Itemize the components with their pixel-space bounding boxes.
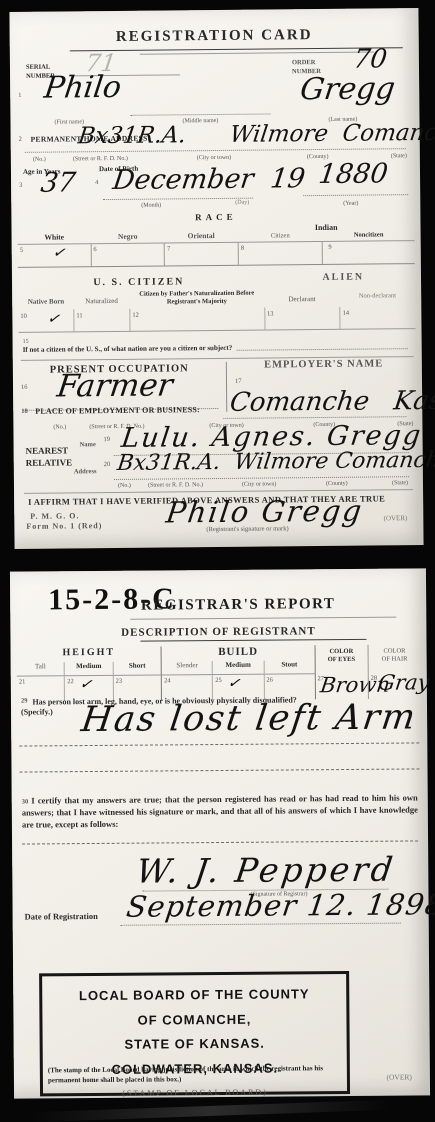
slender-label: Slender: [162, 661, 212, 674]
order-label-line1: ORDER: [292, 59, 321, 68]
alien-header: ALIEN: [266, 271, 422, 283]
stamp-footnote: (The stamp of the Local Board having jur…: [48, 1063, 348, 1086]
race-indian-group: Indian Citizen Noncitizen: [238, 222, 415, 240]
relative-sub-street: (Street or R. F. D. No.): [148, 482, 203, 489]
birth-year-value: 1880: [317, 160, 389, 188]
registrar-signature: W. J. Pepperd: [134, 853, 397, 888]
race-oriental-cell: 7: [164, 243, 238, 266]
race-citizen-label: Citizen: [238, 232, 323, 240]
relative-sub-county: (County): [326, 481, 348, 487]
line18-number: 18: [21, 408, 28, 415]
home-address-value: Bx31R.A. Wilmore Comanche Kas: [77, 121, 435, 149]
race-citizen-num: 8: [241, 245, 244, 252]
description-underline: [140, 639, 366, 642]
native-born-label: Native Born: [18, 291, 74, 306]
specify-label: (Specify.): [21, 707, 53, 716]
height-group: HEIGHT Tall Medium Short 21 22 ✓ 23: [17, 646, 162, 701]
line3-number: 3: [19, 182, 22, 189]
blank-line-1: [19, 742, 419, 746]
race-noncitizen-cell: 9: [321, 241, 415, 264]
occupation-value: Farmer: [55, 370, 174, 402]
dob-value: December 19: [111, 165, 307, 194]
age-value: 37: [39, 169, 77, 196]
hair-column: COLOR OF HAIR 28 Gray: [367, 644, 421, 698]
line30-text: I certify that my answers are true; that…: [22, 792, 418, 829]
native-born-checkmark: ✓: [46, 311, 64, 327]
employers-name-header: EMPLOYER'S NAME: [225, 358, 421, 371]
race-negro-cell: 6: [90, 244, 164, 267]
order-number-value: 70: [352, 46, 388, 72]
photo-artifact-streak: [30, 1100, 390, 1122]
slender-num: 24: [164, 677, 171, 684]
nearest-label: NEAREST: [26, 445, 72, 457]
stamp-of-local-board-sublabel: (STAMP OF LOCAL BOARD): [43, 1087, 347, 1098]
line4-number: 4: [95, 179, 98, 186]
race-noncitizen-label: Noncitizen: [323, 231, 415, 239]
relative-address-value: Bx31R.A. Wilmore Comanche Ks: [116, 449, 435, 475]
stamp-line2: OF COMANCHE,: [46, 1007, 342, 1034]
citizen-by-father-label: Citizen by Father's Naturalization Befor…: [129, 290, 264, 308]
hair-num: 28: [371, 675, 378, 682]
line29-number: 29: [21, 698, 28, 705]
naturalized-cell: 11: [73, 309, 129, 332]
stamp-line1: LOCAL BOARD OF THE COUNTY: [46, 982, 342, 1009]
race-oriental-label: Oriental: [164, 231, 238, 241]
first-name-value: Philo: [42, 73, 123, 104]
card2-over-label: (OVER): [386, 1073, 411, 1082]
build-group: BUILD Slender Medium Stout 24 25 ✓ 26: [161, 645, 315, 700]
eyes-column: COLOR OF EYES 27 Brown: [314, 645, 368, 699]
declarant-label: Declarant: [264, 289, 340, 304]
non-declarant-num: 14: [343, 310, 350, 317]
line17-number: 17: [235, 378, 242, 385]
race-negro-num: 6: [93, 246, 96, 253]
stout-num: 26: [266, 677, 273, 684]
race-table: White Negro Oriental Indian Citizen Nonc…: [17, 222, 414, 268]
relative-name-label: Name: [80, 441, 96, 448]
registrant-signature: Philo Gregg: [164, 497, 365, 528]
citizen-by-father-cell: 12: [129, 308, 264, 331]
build-medium-num: 25: [215, 677, 222, 684]
hair-value: Gray: [377, 672, 431, 693]
registrant-signature-sublabel: (Registrant's signature or mark): [206, 525, 288, 533]
race-white-checkmark: ✓: [51, 245, 69, 261]
middle-name-line: [130, 113, 270, 115]
race-citizen-cell: 8: [238, 242, 322, 265]
short-num: 23: [116, 678, 123, 685]
last-name-value: Gregg: [298, 74, 396, 105]
citizenship-table: Native Born Naturalized Citizen by Fathe…: [18, 288, 415, 333]
relative-label: RELATIVE: [26, 457, 72, 469]
line15-blank: [236, 348, 407, 351]
form-footer-line2: Form No. 1 (Red): [26, 521, 102, 531]
place-of-employment-value: Comanche Kas: [228, 388, 435, 416]
stout-label: Stout: [263, 660, 314, 673]
eyes-header-line1: COLOR: [315, 645, 367, 657]
tall-label: Tall: [17, 662, 65, 675]
citizen-by-father-num: 12: [132, 312, 139, 319]
year-sublabel: (Year): [343, 201, 358, 207]
build-header: BUILD: [162, 645, 314, 661]
line20-number: 20: [104, 461, 111, 468]
card2-title-underline: [130, 617, 396, 620]
line15-label: If not a citizen of the U. S., of what n…: [23, 344, 233, 354]
declarant-num: 13: [267, 311, 274, 318]
line30-number: 30: [22, 799, 29, 806]
height-header: HEIGHT: [17, 646, 161, 662]
hair-header-line2: OF HAIR: [368, 656, 420, 664]
month-underline: [103, 198, 253, 200]
line19-number: 19: [104, 436, 111, 443]
relative-name-value: Lulu. Agnes. Gregg: [120, 422, 424, 452]
non-declarant-cell: 14: [340, 306, 416, 329]
eyes-header-line2: OF EYES: [315, 656, 367, 664]
short-label: Short: [112, 661, 161, 674]
address-sub-state: (State): [391, 153, 407, 159]
day-sublabel: (Day): [235, 200, 249, 206]
place-of-employment-label: PLACE OF EMPLOYMENT OR BUSINESS:: [35, 405, 200, 416]
date-of-registration-value: September 12. 1898: [125, 890, 435, 922]
date-of-registration-label: Date of Registration: [25, 911, 98, 922]
form-footer-line1: P. M. G. O.: [30, 511, 79, 520]
height-medium-num: 22: [67, 678, 74, 685]
title-underline-2: [140, 51, 374, 54]
employment-sub-no: (No.): [53, 424, 66, 430]
address-sub-city: (City or town): [197, 155, 231, 161]
address-sub-no: (No.): [33, 157, 46, 163]
line16-number: 16: [21, 384, 28, 391]
non-declarant-label: Non-declarant: [340, 288, 416, 300]
month-sublabel: (Month): [141, 203, 161, 209]
disqualification-value: Has lost left Arm: [79, 700, 419, 738]
line15-number: 15: [23, 339, 29, 345]
registrars-report-card: 15-2-8-C REGISTRAR'S REPORT DESCRIPTION …: [10, 568, 430, 1098]
card2-title: REGISTRAR'S REPORT: [50, 595, 426, 615]
stamp-line3: STATE OF KANSAS.: [47, 1031, 343, 1058]
description-table: HEIGHT Tall Medium Short 21 22 ✓ 23: [17, 644, 421, 701]
naturalized-num: 11: [76, 313, 82, 320]
build-medium-label: Medium: [212, 661, 263, 674]
nearest-relative-header: NEAREST RELATIVE: [26, 445, 73, 469]
race-oriental-num: 7: [167, 245, 170, 252]
height-medium-label: Medium: [64, 662, 113, 675]
race-noncitizen-num: 9: [328, 244, 331, 251]
address-sub-street: (Street or R. F. D. No.): [73, 156, 128, 163]
race-negro-label: Negro: [91, 231, 165, 241]
blank-line-3: [22, 840, 418, 844]
relative-address-label: Address: [74, 468, 97, 475]
line15-row: If not a citizen of the U. S., of what n…: [23, 342, 408, 354]
scanned-photo-background: REGISTRATION CARD SERIAL NUMBER 71 ORDER…: [0, 0, 435, 1122]
build-medium-checkmark: ✓: [226, 675, 244, 691]
relative-address-underline: [114, 476, 409, 480]
naturalized-label: Naturalized: [74, 291, 130, 306]
us-citizen-header: U. S. CITIZEN: [12, 276, 266, 289]
relative-sub-state: (State): [392, 480, 408, 486]
race-white-cell: 5 ✓: [18, 244, 91, 267]
card1-over-label: (OVER): [384, 514, 408, 522]
line2-number: 2: [19, 136, 22, 143]
description-title: DESCRIPTION OF REGISTRANT: [10, 624, 426, 639]
tall-num: 21: [19, 679, 26, 686]
relative-sub-no: (No.): [118, 483, 131, 489]
registration-card: REGISTRATION CARD SERIAL NUMBER 71 ORDER…: [9, 8, 423, 549]
blank-line-2: [20, 768, 420, 772]
native-born-cell: 10 ✓: [18, 310, 73, 333]
certification-paragraph: 30 I certify that my answers are true; t…: [22, 792, 418, 831]
native-born-num: 10: [20, 313, 27, 320]
relative-sub-city: (City or town): [242, 481, 276, 487]
height-medium-checkmark: ✓: [78, 677, 96, 693]
line1-number: 1: [18, 92, 21, 99]
hair-header-line1: COLOR: [368, 644, 420, 656]
year-underline: [303, 194, 408, 196]
race-white-num: 5: [20, 247, 23, 254]
race-white-label: White: [18, 232, 92, 242]
declarant-cell: 13: [264, 307, 340, 330]
